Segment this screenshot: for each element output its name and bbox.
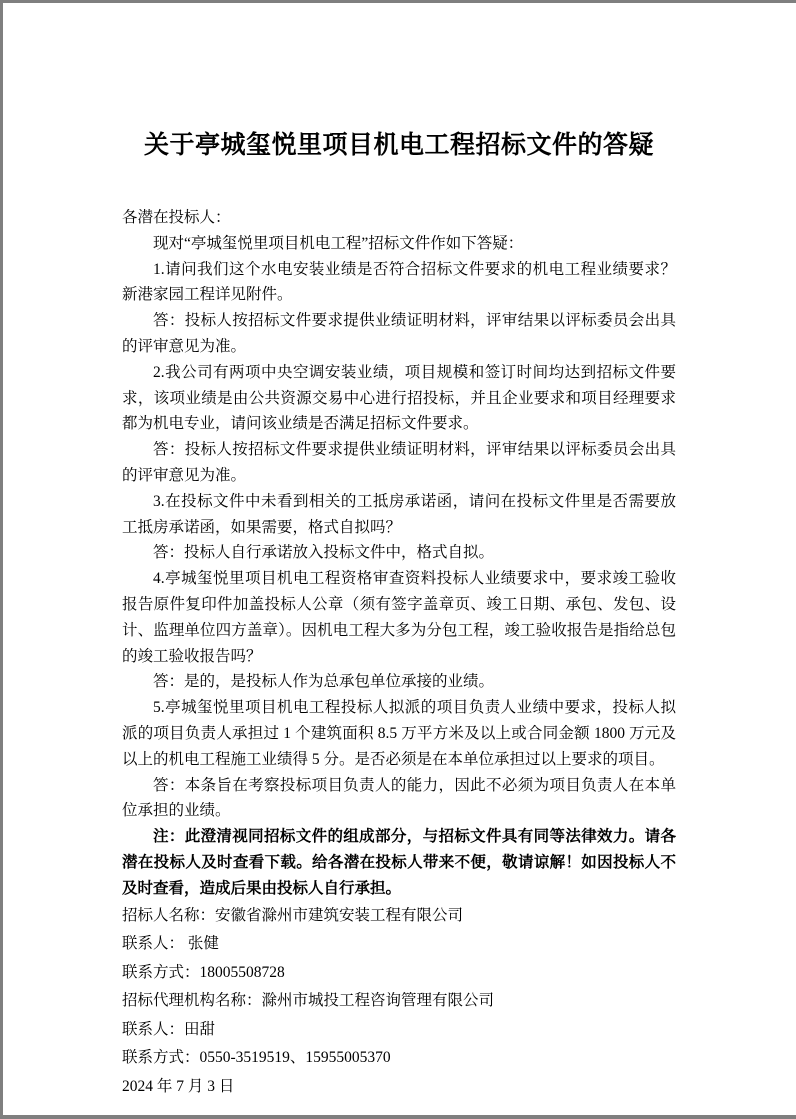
answer-1: 答：投标人按招标文件要求提供业绩证明材料，评审结果以评标委员会出具的评审意见为准… — [122, 308, 676, 360]
bidder-phone-line: 联系方式：18005508728 — [122, 959, 676, 988]
date-line: 2024 年 7 月 3 日 — [122, 1073, 676, 1102]
bidder-name-line: 招标人名称：安徽省滁州市建筑安装工程有限公司 — [122, 902, 676, 931]
question-5: 5.亭城玺悦里项目机电工程投标人拟派的项目负责人业绩中要求，投标人拟派的项目负责… — [122, 695, 676, 772]
question-3: 3.在投标文件中未看到相关的工抵房承诺函，请问在投标文件里是否需要放工抵房承诺函… — [122, 489, 676, 541]
question-2: 2.我公司有两项中央空调安装业绩，项目规模和签订时间均达到招标文件要求，该项业绩… — [122, 360, 676, 437]
contact-block: 招标人名称：安徽省滁州市建筑安装工程有限公司 联系人： 张健 联系方式：1800… — [122, 902, 676, 1102]
legal-note: 注：此澄清视同招标文件的组成部分，与招标文件具有同等法律效力。请各潜在投标人及时… — [122, 824, 676, 901]
agency-name-line: 招标代理机构名称：滁州市城投工程咨询管理有限公司 — [122, 987, 676, 1016]
document-page: 关于亭城玺悦里项目机电工程招标文件的答疑 各潜在投标人： 现对“亭城玺悦里项目机… — [0, 0, 796, 1119]
answer-3: 答：投标人自行承诺放入投标文件中，格式自拟。 — [122, 540, 676, 566]
bidder-contact-line: 联系人： 张健 — [122, 930, 676, 959]
question-4: 4.亭城玺悦里项目机电工程资格审查资料投标人业绩要求中，要求竣工验收报告原件复印… — [122, 566, 676, 669]
salutation: 各潜在投标人： — [122, 205, 676, 231]
answer-4: 答：是的，是投标人作为总承包单位承接的业绩。 — [122, 669, 676, 695]
intro-line: 现对“亭城玺悦里项目机电工程”招标文件作如下答疑： — [122, 231, 676, 257]
page-title: 关于亭城玺悦里项目机电工程招标文件的答疑 — [122, 129, 676, 163]
question-1: 1.请问我们这个水电安装业绩是否符合招标文件要求的机电工程业绩要求？新港家园工程… — [122, 257, 676, 309]
agency-phone-line: 联系方式：0550-3519519、15955005370 — [122, 1044, 676, 1073]
answer-2: 答：投标人按招标文件要求提供业绩证明材料，评审结果以评标委员会出具的评审意见为准… — [122, 437, 676, 489]
agency-contact-line: 联系人：田甜 — [122, 1016, 676, 1045]
document-body: 各潜在投标人： 现对“亭城玺悦里项目机电工程”招标文件作如下答疑： 1.请问我们… — [122, 205, 676, 902]
answer-5: 答：本条旨在考察投标项目负责人的能力，因此不必须为项目负责人在本单位承担的业绩。 — [122, 773, 676, 825]
